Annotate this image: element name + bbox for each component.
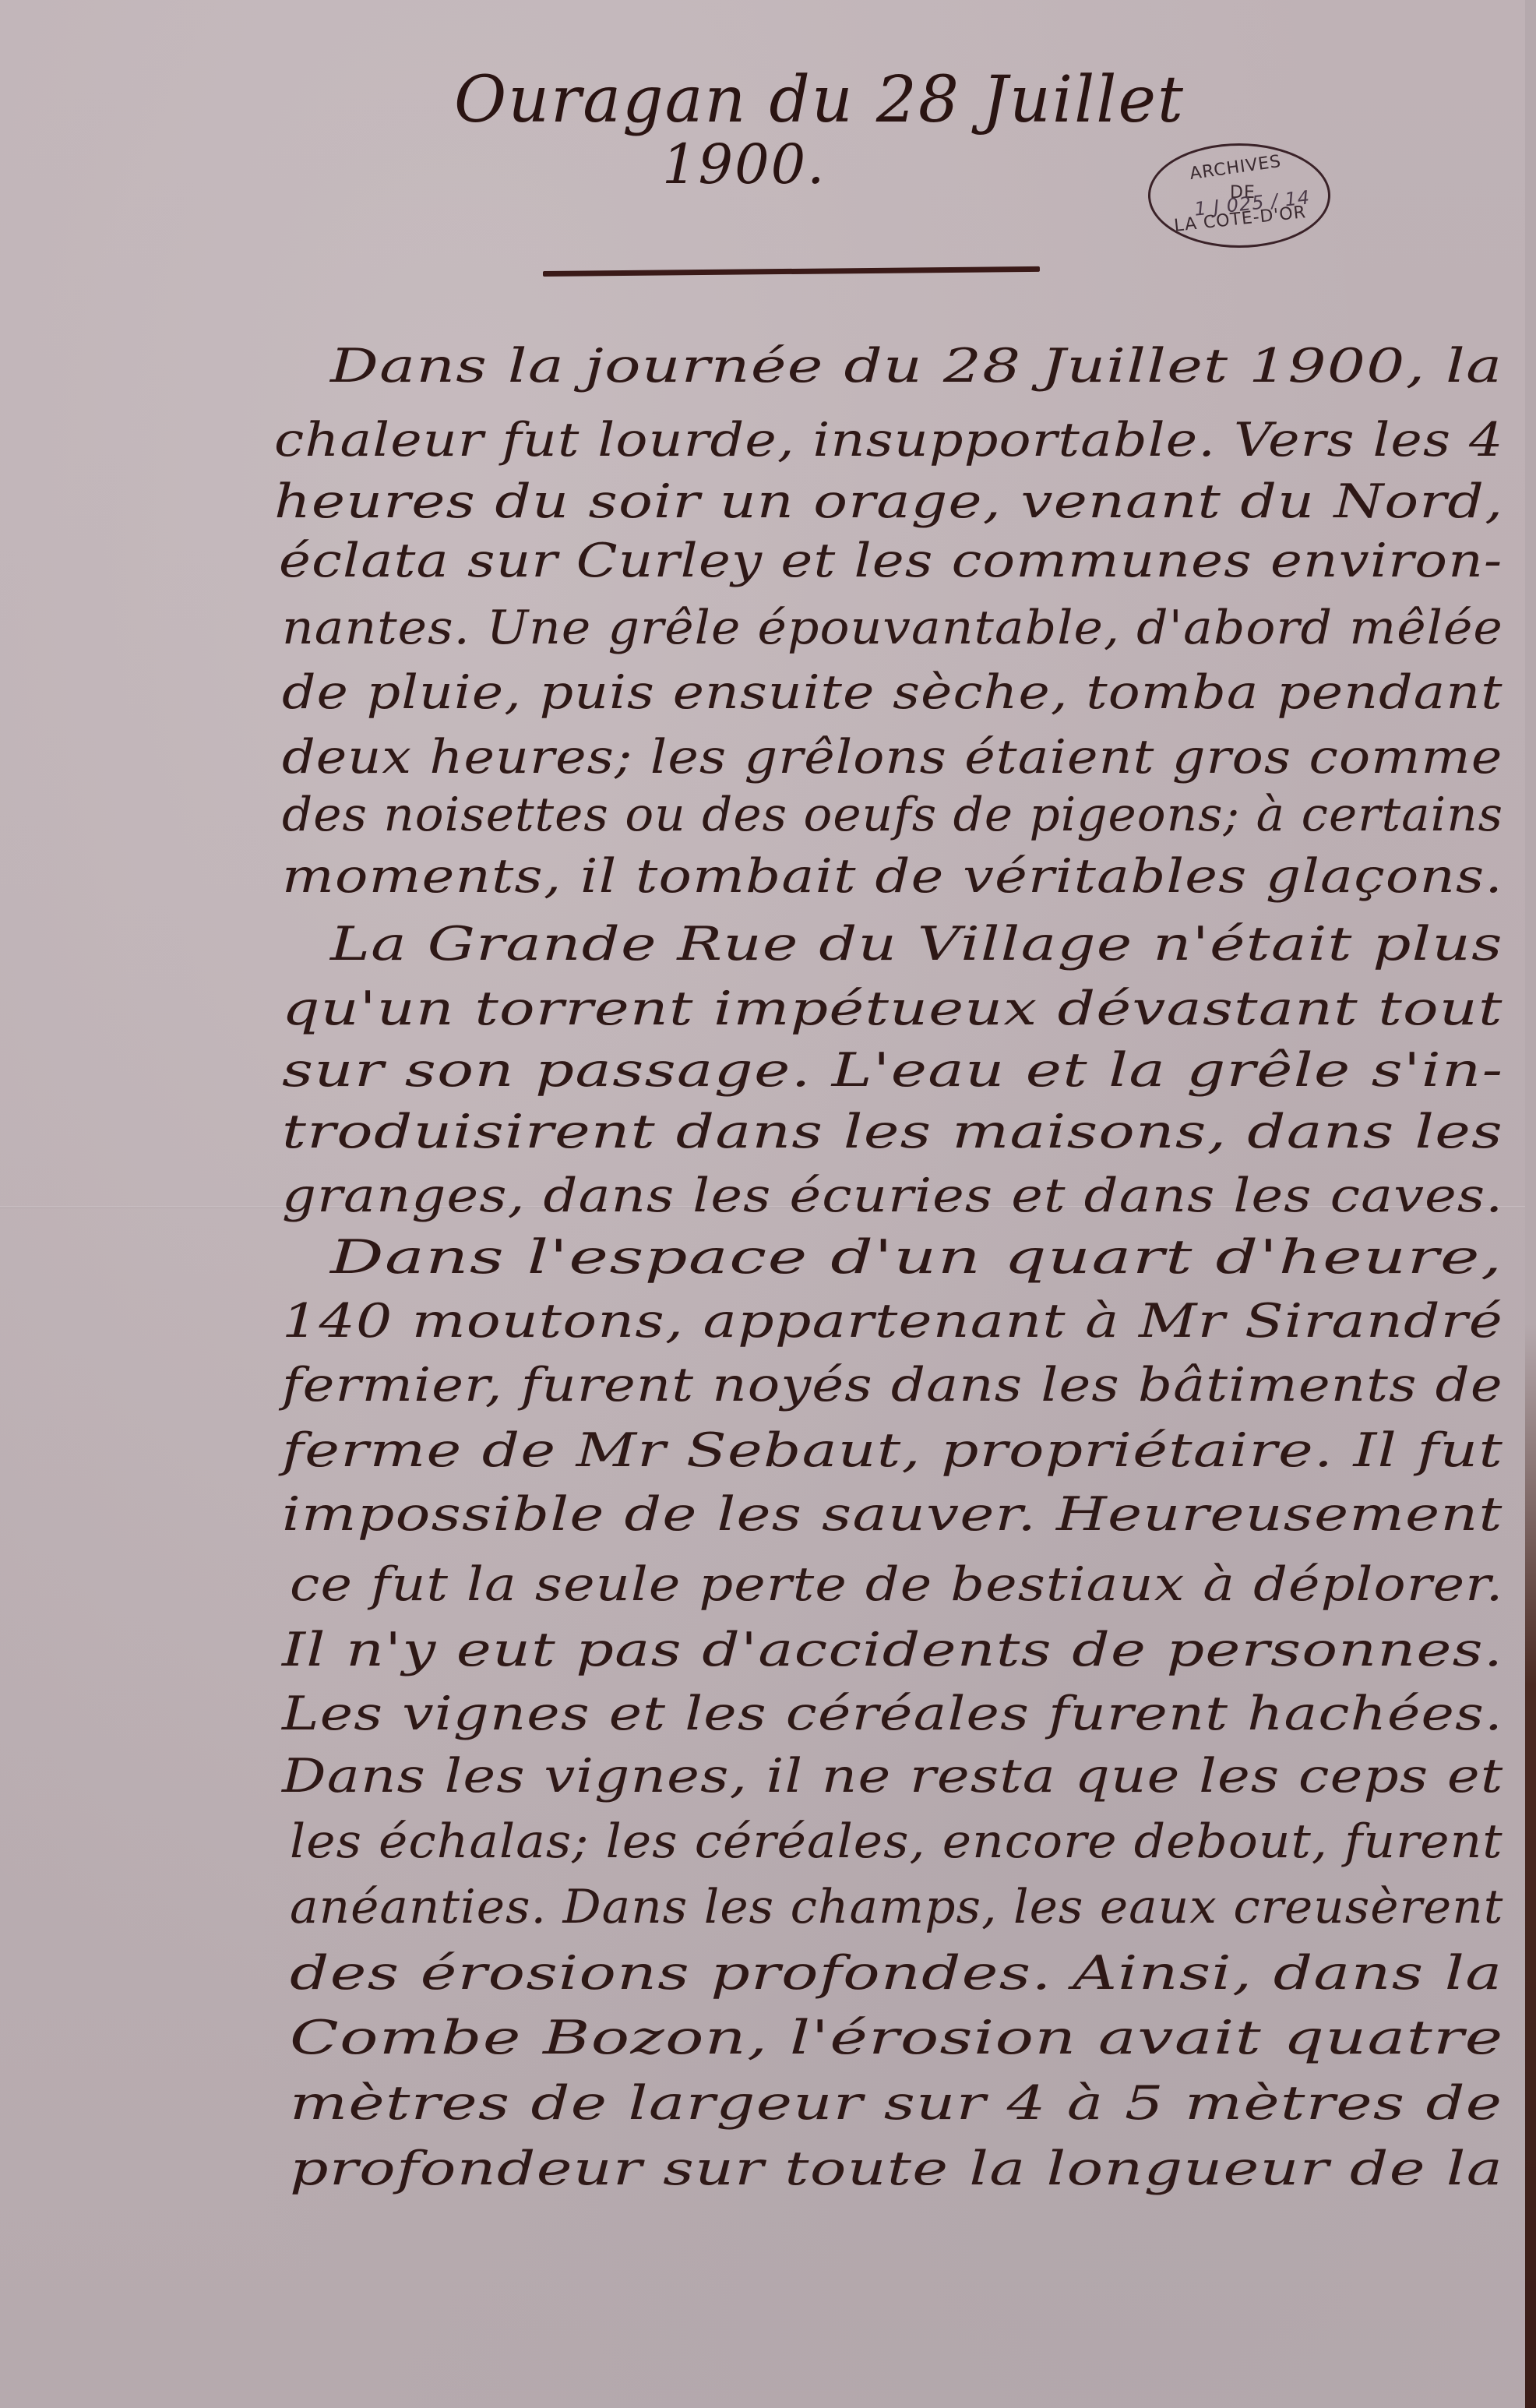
manuscript-page: Ouragan du 28 Juillet 1900. ARCHIVES DE … (0, 0, 1525, 2408)
manuscript-line: des noisettes ou des oeufs de pigeons; à… (282, 792, 1503, 838)
manuscript-line: deux heures; les grêlons étaient gros co… (282, 734, 1503, 781)
manuscript-line: troduisirent dans les maisons, dans les (282, 1109, 1503, 1155)
manuscript-line: sur son passage. L'eau et la grêle s'in- (282, 1047, 1503, 1094)
manuscript-line: les échalas; les céréales, encore debout… (290, 1818, 1503, 1865)
manuscript-line: qu'un torrent impétueux dévastant tout (282, 985, 1503, 1032)
manuscript-line: La Grande Rue du Village n'était plus (330, 921, 1503, 968)
manuscript-line: fermier, furent noyés dans les bâtiments… (282, 1362, 1503, 1408)
manuscript-line: nantes. Une grêle épouvantable, d'abord … (282, 605, 1503, 651)
manuscript-line: Il n'y eut pas d'accidents de personnes. (282, 1627, 1503, 1673)
manuscript-line: moments, il tombait de véritables glaçon… (282, 853, 1503, 900)
manuscript-line: mètres de largeur sur 4 à 5 mètres de (290, 2080, 1503, 2127)
document-title-year: 1900. (662, 137, 826, 192)
manuscript-line: heures du soir un orage, venant du Nord, (274, 478, 1503, 525)
manuscript-line: impossible de les sauver. Heureusement (282, 1491, 1503, 1538)
archives-stamp: ARCHIVES DE 1 J 025 / 14 LA COTE-D'OR (1148, 143, 1330, 248)
manuscript-line: Dans la journée du 28 Juillet 1900, la (330, 343, 1503, 390)
document-title: Ouragan du 28 Juillet (454, 69, 1185, 132)
manuscript-line: Les vignes et les céréales furent hachée… (282, 1691, 1503, 1737)
manuscript-line: Combe Bozon, l'érosion avait quatre (290, 2015, 1504, 2061)
manuscript-line: ferme de Mr Sebaut, propriétaire. Il fut (282, 1427, 1503, 1474)
manuscript-line: Dans les vignes, il ne resta que les cep… (282, 1753, 1503, 1800)
manuscript-line: granges, dans les écuries et dans les ca… (282, 1172, 1503, 1219)
manuscript-line: chaleur fut lourde, insupportable. Vers … (274, 417, 1504, 464)
manuscript-line: 140 moutons, appartenant à Mr Sirandré (282, 1298, 1503, 1345)
stamp-text-top: ARCHIVES (1189, 152, 1283, 184)
title-underline (543, 266, 1040, 277)
manuscript-line: de pluie, puis ensuite sèche, tomba pend… (282, 669, 1503, 716)
manuscript-line: profondeur sur toute la longueur de la (290, 2145, 1503, 2192)
manuscript-line: des érosions profondes. Ainsi, dans la (290, 1950, 1503, 1997)
manuscript-line: Dans l'espace d'un quart d'heure, (330, 1234, 1503, 1281)
manuscript-line: ce fut la seule perte de bestiaux à dépl… (290, 1561, 1503, 1608)
page-edge-shadow (1525, 0, 1536, 2408)
manuscript-line: éclata sur Curley et les communes enviro… (279, 538, 1503, 584)
manuscript-line: anéanties. Dans les champs, les eaux cre… (290, 1884, 1503, 1930)
